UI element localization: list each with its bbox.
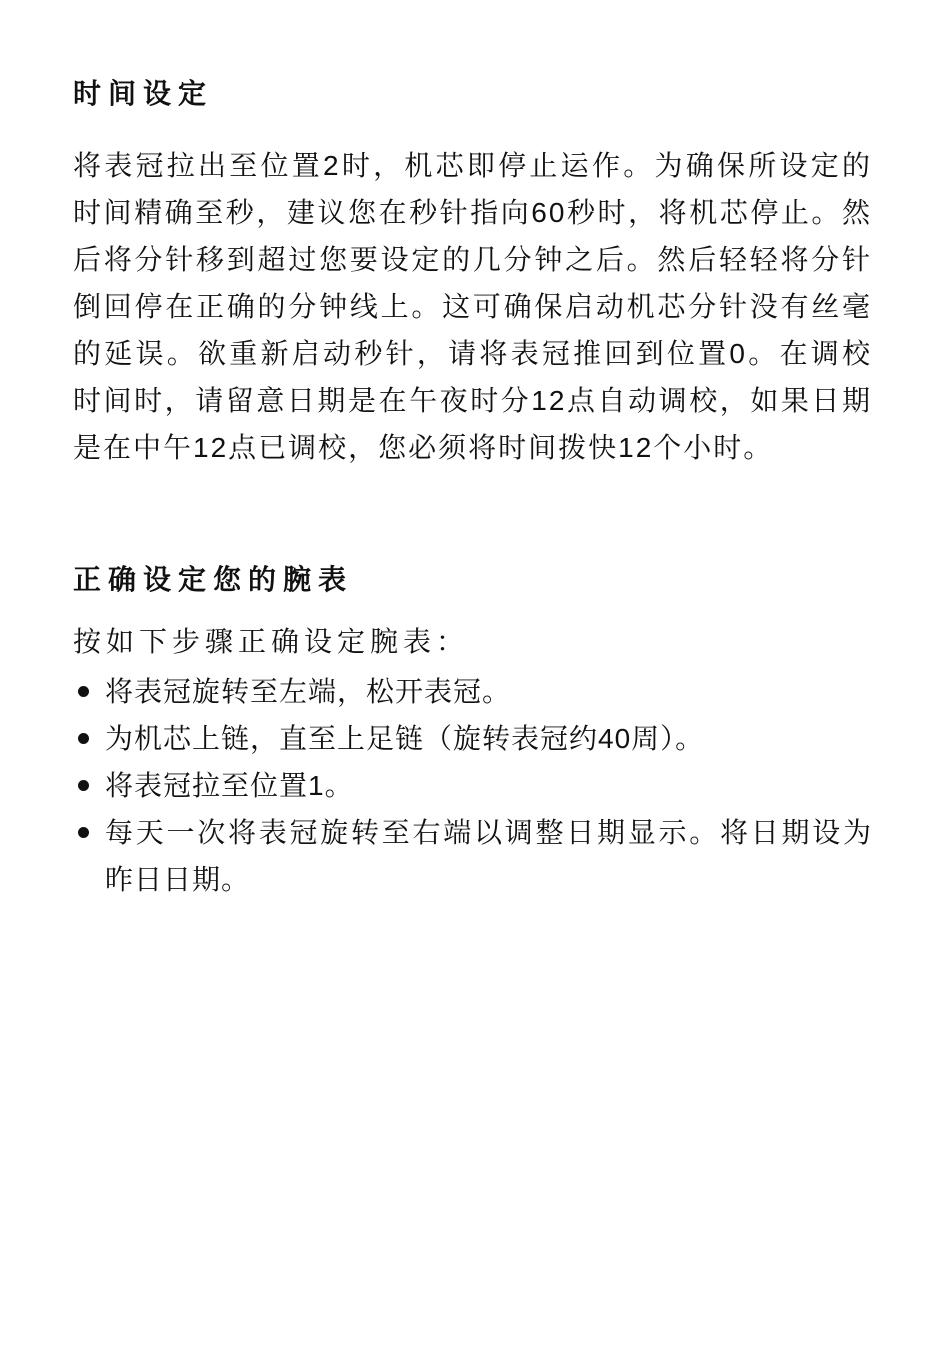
paragraph-line: 是在中午12点已调校，您必须将时间拨快12个小时。 (73, 424, 872, 471)
list-item: 每天一次将表冠旋转至右端以调整日期显示。将日期设为 昨日日期。 (73, 809, 872, 903)
step-text: 为机芯上链，直至上足链（旋转表冠约40周）。 (105, 715, 872, 762)
paragraph-line: 将表冠拉出至位置2时，机芯即停止运作。为确保所设定的 (73, 142, 872, 189)
bullet-icon (78, 827, 89, 838)
step-text: 将表冠拉至位置1。 (105, 762, 872, 809)
paragraph-line: 的延误。欲重新启动秒针，请将表冠推回到位置0。在调校 (73, 330, 872, 377)
setup-intro-line: 按如下步骤正确设定腕表： (73, 618, 872, 665)
list-item: 将表冠旋转至左端，松开表冠。 (73, 668, 872, 715)
time-setting-paragraph: 将表冠拉出至位置2时，机芯即停止运作。为确保所设定的 时间精确至秒，建议您在秒针… (73, 142, 872, 471)
paragraph-line: 倒回停在正确的分钟线上。这可确保启动机芯分针没有丝毫 (73, 283, 872, 330)
list-item: 将表冠拉至位置1。 (73, 762, 872, 809)
step-text: 将表冠旋转至左端，松开表冠。 (105, 668, 872, 715)
bullet-icon (78, 733, 89, 744)
step-text: 每天一次将表冠旋转至右端以调整日期显示。将日期设为 (105, 809, 872, 856)
paragraph-line: 后将分针移到超过您要设定的几分钟之后。然后轻轻将分针 (73, 236, 872, 283)
paragraph-line: 时间精确至秒，建议您在秒针指向60秒时，将机芯停止。然 (73, 189, 872, 236)
manual-page: 时间设定 将表冠拉出至位置2时，机芯即停止运作。为确保所设定的 时间精确至秒，建… (0, 0, 950, 1347)
setup-steps-list: 将表冠旋转至左端，松开表冠。 为机芯上链，直至上足链（旋转表冠约40周）。 将表… (73, 668, 872, 903)
list-item: 为机芯上链，直至上足链（旋转表冠约40周）。 (73, 715, 872, 762)
section-heading-time-setting: 时间设定 (73, 74, 872, 114)
section-heading-correct-setup: 正确设定您的腕表 (73, 560, 872, 600)
paragraph-line: 时间时，请留意日期是在午夜时分12点自动调校，如果日期 (73, 377, 872, 424)
page-content: 时间设定 将表冠拉出至位置2时，机芯即停止运作。为确保所设定的 时间精确至秒，建… (73, 74, 872, 903)
bullet-icon (78, 780, 89, 791)
step-text: 昨日日期。 (105, 856, 872, 903)
bullet-icon (78, 686, 89, 697)
